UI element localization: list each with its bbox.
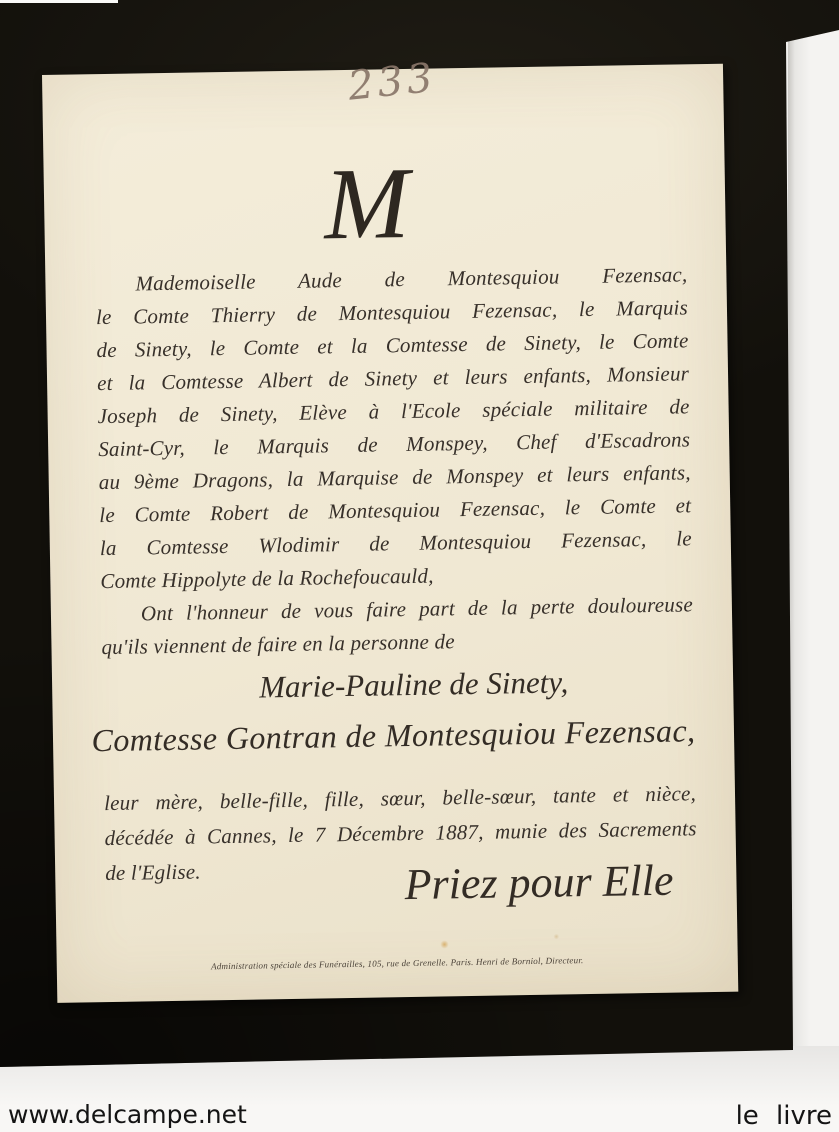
scan-right-edge-strip — [788, 28, 839, 1132]
death-announcement-card: 233 M Mademoiselle Aude de Montesquiou F… — [42, 64, 738, 1003]
watermark-delcampe: www.delcampe.net — [8, 1100, 247, 1129]
announcement-body: Mademoiselle Aude de Montesquiou Fezensa… — [95, 258, 693, 664]
deceased-name-secondary: Comtesse Gontran de Montesquiou Fezensac… — [53, 712, 735, 760]
funeral-home-imprint: Administration spéciale des Funérailles,… — [57, 953, 738, 974]
scan-top-sliver — [0, 0, 118, 3]
monogram-m: M — [25, 148, 708, 261]
watermark-le-livre: le livre — [736, 1101, 832, 1131]
prayer-text: Priez pour Elle — [105, 854, 698, 915]
deceased-name-primary: Marie-Pauline de Sinety, — [52, 662, 734, 709]
